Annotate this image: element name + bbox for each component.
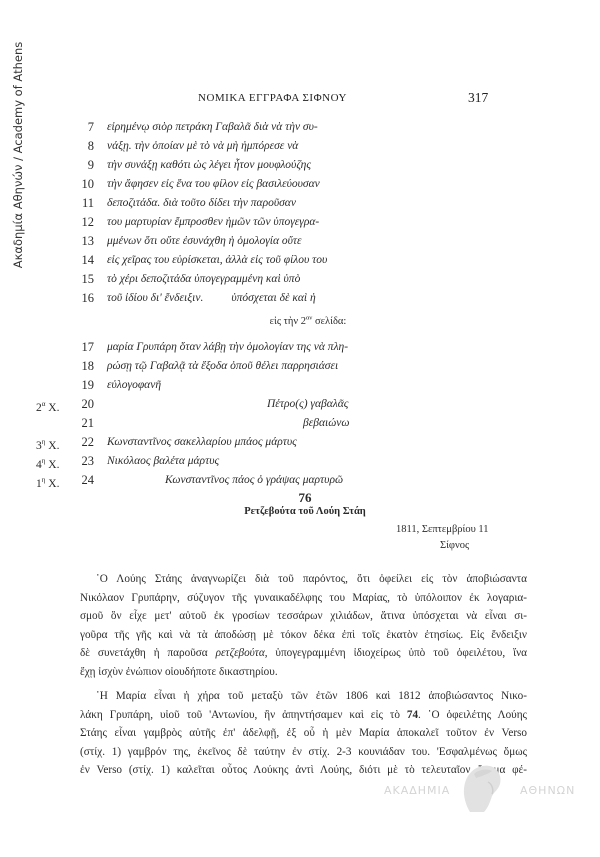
hand-suffix: Χ. [45,459,59,471]
line-number: 12 [60,214,94,230]
line-number: 20 [60,396,94,412]
para-line: ῾Ο Λούης Στάης ἀναγνωρίζει διὰ τοῦ παρόν… [80,570,527,589]
line-number: 10 [60,176,94,192]
para-text: , ὑπογεγραμμένη ἰδιοχείρως ὑπὸ τοῦ ὀφειλ… [265,647,527,659]
line-text: τοῦ ἰδίου δι' ἔνδειξιν.ὑπόσχεται δὲ καὶ … [107,290,316,306]
running-head: ΝΟΜΙΚΑ ΕΓΓΡΑΦΑ ΣΙΦΝΟΥ 317 [0,92,600,106]
summary-paragraph: ῾Ο Λούης Στάης ἀναγνωρίζει διὰ τοῦ παρόν… [80,570,527,682]
logo-text-right: ΑΘΗΝΩΝ [520,784,575,797]
transcript-line: 18 ρώσῃ τῷ Γαβαλᾷ τὰ ἔξοδα ὁποῦ θέλει πα… [0,358,600,374]
line-number: 16 [60,290,94,306]
transcript-line: 15 τὸ χέρι δεποζιτάδα ὑπογεγραμμένη καὶ … [0,271,600,287]
para-line: ἔχῃ ἰσχὺν ἐνώπιον οἱουδήποτε δικαστηρίου… [80,663,527,682]
line-text: τὸ χέρι δεποζιτάδα ὑπογεγραμμένη καὶ ὑπὸ [107,271,300,287]
running-title: ΝΟΜΙΚΑ ΕΓΓΡΑΦΑ ΣΙΦΝΟΥ [198,92,347,104]
document-title: Ρετζεβούτα τοῦ Λούη Στάη [0,506,600,517]
line-text: εὐλογοφανῆ [107,377,161,393]
line-text: Κωνσταντῖνος σακελλαρίου μπάος μάρτυς [107,434,297,450]
transcript-line: 13 μμένων ὅτι οὔτε ἐσυνάχθη ἡ ὁμολογία ο… [0,233,600,249]
transcript-line: 19 εὐλογοφανῆ [0,377,600,393]
para-line: σμοῦ ὃν εἶχε μετ' αὐτοῦ ἐκ γροσίων τεσσά… [80,607,527,626]
caption-post: σελίδα: [312,316,346,327]
transcript-line: 7 εἰρημένῳ σιὸρ πετράκη Γαβαλᾶ διὰ νὰ τὴ… [0,119,600,135]
line-text: μμένων ὅτι οὔτε ἐσυνάχθη ἡ ὁμολογία οὔτε [107,233,302,249]
line-text-b: ὑπόσχεται δὲ καὶ ἡ [231,292,315,304]
line-text: βεβαιώνω [303,415,349,431]
line-text: τὴν συνάξῃ καθότι ὡς λέγει ἦτον μουφλούζ… [107,157,311,173]
transcript-line: 17 μαρία Γρυπάρη ὅταν λάβῃ τὴν ὁμολογίαν… [0,339,600,355]
transcript-line: 16 τοῦ ἰδίου δι' ἔνδειξιν.ὑπόσχεται δὲ κ… [0,290,600,306]
para-term: ρετζεβούτα [216,647,265,659]
line-text: εἰρημένῳ σιὸρ πετράκη Γαβαλᾶ διὰ νὰ τὴν … [107,119,318,135]
transcript-line: 4η Χ. 23 Νικόλαος βαλέτα μάρτυς [0,453,600,469]
line-text: μαρία Γρυπάρη ὅταν λάβῃ τὴν ὁμολογίαν τη… [107,339,348,355]
line-text: τὴν ἄφησεν εἰς ἕνα του φίλον εἰς βασιλεύ… [107,176,320,192]
para-line: Στάης εἶναι γαμβρὸς αὐτῆς ἐπ' ἀδελφῇ, ἐξ… [80,724,527,743]
para-line: (στίχ. 1) γαμβρόν της, ἐκεῖνος δὲ ταύτην… [80,743,527,762]
line-number: 7 [60,119,94,135]
line-text: Κωνσταντῖνος πάος ὁ γράψας μαρτυρῶ [165,472,343,488]
document-date: 1811, Σεπτεμβρίου 11 [396,524,489,535]
para-text: δὲ συνετάχθη ἡ παροῦσα [80,647,216,659]
para-line: δὲ συνετάχθη ἡ παροῦσα ρετζεβούτα, ὑπογε… [80,644,527,663]
line-text: εἰς χεῖρας του εὑρίσκεται, ἀλλὰ εἰς τοῦ … [107,252,327,268]
academy-logo-watermark: ΑΚΑΔΗΜΙΑ ΑΘΗΝΩΝ [384,762,594,822]
line-number: 15 [60,271,94,287]
transcript-line: 2α Χ. 20 Πέτρο(ς) γαβαλᾶς [0,396,600,412]
caption-pre: εἰς τὴν 2 [270,316,306,327]
line-number: 17 [60,339,94,355]
para-line: λάκη Γρυπάρη, υἱοῦ τοῦ 'Αντωνίου, ἣν ἀπη… [80,706,527,725]
line-text: Νικόλαος βαλέτα μάρτυς [107,453,219,469]
athena-head-icon [458,762,504,814]
line-text: του μαρτυρίαν ἔμπροσθεν ἡμῶν τῶν ὑπογεγρ… [107,214,319,230]
para-text: λάκη Γρυπάρη, υἱοῦ τοῦ 'Αντωνίου, ἣν ἀπη… [80,709,407,721]
transcript-line: 21 βεβαιώνω [0,415,600,431]
hand-suffix: Χ. [45,440,59,452]
transcript-line: 11 δεποζιτάδα. διὰ τοῦτο δίδει τὴν παροῦ… [0,195,600,211]
line-text: Πέτρο(ς) γαβαλᾶς [267,396,348,412]
transcript-line: 10 τὴν ἄφησεν εἰς ἕνα του φίλον εἰς βασι… [0,176,600,192]
line-number: 18 [60,358,94,374]
transcript-line: 14 εἰς χεῖρας του εὑρίσκεται, ἀλλὰ εἰς τ… [0,252,600,268]
transcript-line: 1η Χ. 24 Κωνσταντῖνος πάος ὁ γράψας μαρτ… [0,472,600,488]
document-reference: 74 [407,709,418,721]
transcript-line: 8 νάξῃ. τὴν ὁποίαν μὲ τὸ νὰ μὴ ἠμπόρεσε … [0,138,600,154]
para-line: γοῦρα τῆς γῆς καὶ νὰ τὰ ἀποδώσῃ μὲ τόκον… [80,626,527,645]
line-number: 23 [60,453,94,469]
page-number: 317 [468,90,488,106]
document-title-text: Ρετζεβούτα τοῦ Λούη Στάη [244,506,366,517]
hand-suffix: Χ. [45,478,59,490]
line-number: 13 [60,233,94,249]
line-text-a: τοῦ ἰδίου δι' ἔνδειξιν. [107,292,203,304]
line-text: ρώσῃ τῷ Γαβαλᾷ τὰ ἔξοδα ὁποῦ θέλει παρρη… [107,358,338,374]
para-line: ῾Η Μαρία εἶναι ἡ χήρα τοῦ μεταξὺ τῶν ἐτῶ… [80,687,527,706]
line-number: 11 [60,195,94,211]
transcript-line: 12 του μαρτυρίαν ἔμπροσθεν ἡμῶν τῶν ὑπογ… [0,214,600,230]
page-caption: εἰς τὴν 2αν σελίδα: [0,314,600,327]
para-text: . ῾Ο ὀφειλέτης Λούης [418,709,527,721]
line-number: 8 [60,138,94,154]
transcript-line: 3η Χ. 22 Κωνσταντῖνος σακελλαρίου μπάος … [0,434,600,450]
document-place: Σίφνος [440,540,469,551]
transcript-line: 9 τὴν συνάξῃ καθότι ὡς λέγει ἦτον μουφλο… [0,157,600,173]
para-line: Νικόλαον Γρυπάρην, σύζυγον τῆς γυναικαδέ… [80,589,527,608]
line-number: 9 [60,157,94,173]
hand-suffix: Χ. [45,402,59,414]
line-number: 22 [60,434,94,450]
line-number: 19 [60,377,94,393]
document-number-text: 76 [299,490,312,505]
line-number: 14 [60,252,94,268]
logo-text-left: ΑΚΑΔΗΜΙΑ [384,784,450,797]
line-number: 24 [60,472,94,488]
document-number: 76 [0,490,600,506]
line-text: νάξῃ. τὴν ὁποίαν μὲ τὸ νὰ μὴ ἠμπόρεσε νὰ [107,138,298,154]
line-text: δεποζιτάδα. διὰ τοῦτο δίδει τὴν παροῦσαν [107,195,296,211]
line-number: 21 [60,415,94,431]
